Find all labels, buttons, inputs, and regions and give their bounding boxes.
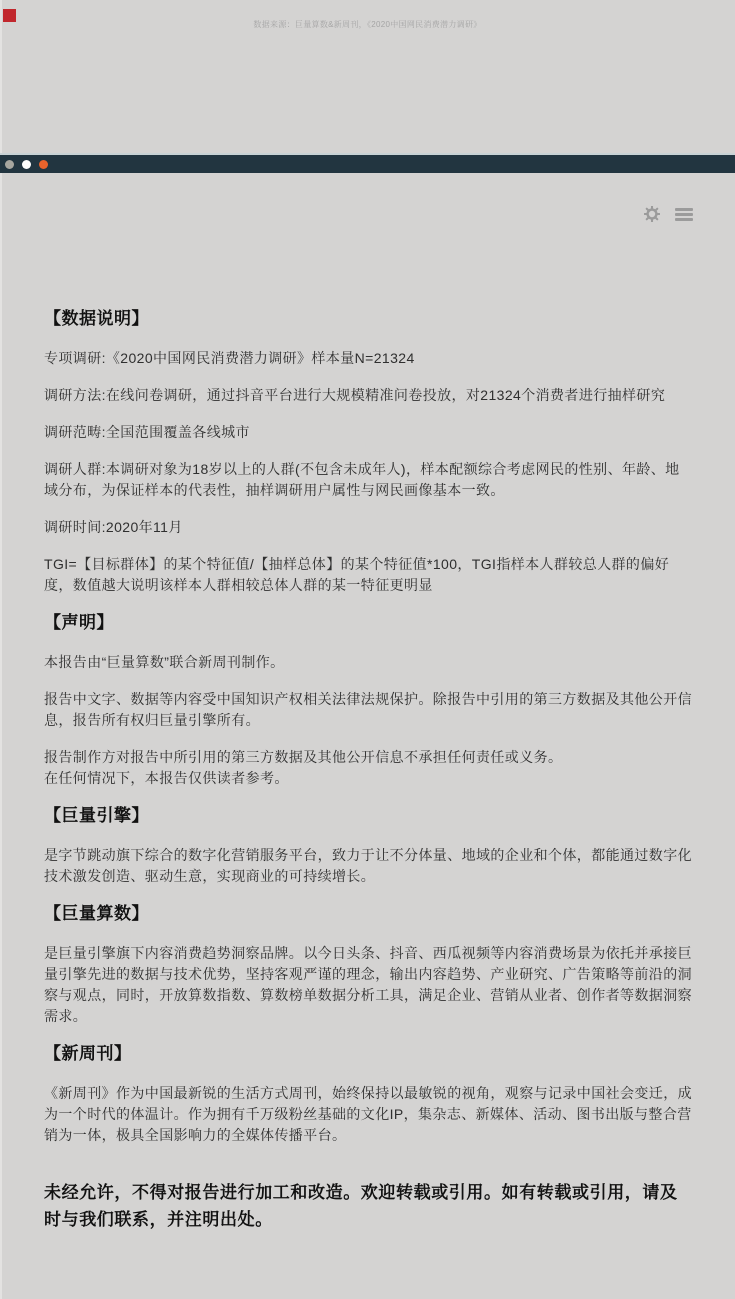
top-margin-area: 数据来源：巨量算数&新周刊，《2020中国网民消费潜力调研》 xyxy=(0,0,735,153)
report-page: 数据来源：巨量算数&新周刊，《2020中国网民消费潜力调研》 xyxy=(0,0,735,1299)
paragraph: 是字节跳动旗下综合的数字化营销服务平台，致力于让不分体量、地域的企业和个体，都能… xyxy=(44,845,692,887)
gear-icon[interactable] xyxy=(644,206,660,222)
paragraph: 调研人群:本调研对象为18岁以上的人群(不包含未成年人)，样本配额综合考虑网民的… xyxy=(44,459,692,501)
section-title: 【巨量算数】 xyxy=(44,903,692,925)
section-title: 【新周刊】 xyxy=(44,1043,692,1065)
paragraph: 本报告由“巨量算数”联合新周刊制作。 xyxy=(44,652,692,673)
paragraph: 调研方法:在线问卷调研，通过抖音平台进行大规模精准问卷投放，对21324个消费者… xyxy=(44,385,692,406)
paragraph: 报告制作方对报告中所引用的第三方数据及其他公开信息不承担任何责任或义务。 在任何… xyxy=(44,747,692,789)
data-source-note: 数据来源：巨量算数&新周刊，《2020中国网民消费潜力调研》 xyxy=(0,0,735,30)
menu-icon[interactable] xyxy=(675,208,693,221)
section-title: 【声明】 xyxy=(44,612,692,634)
paragraph: 是巨量引擎旗下内容消费趋势洞察品牌。以今日头条、抖音、西瓜视频等内容消费场景为依… xyxy=(44,943,692,1027)
section-statement: 【声明】 本报告由“巨量算数”联合新周刊制作。 报告中文字、数据等内容受中国知识… xyxy=(44,612,692,789)
paragraph: 专项调研:《2020中国网民消费潜力调研》样本量N=21324 xyxy=(44,348,692,369)
footer-notice: 未经允许，不得对报告进行加工和改造。欢迎转载或引用。如有转载或引用，请及时与我们… xyxy=(44,1179,692,1233)
section-title: 【数据说明】 xyxy=(44,308,692,330)
paragraph: 调研时间:2020年11月 xyxy=(44,517,692,538)
report-content: 【数据说明】 专项调研:《2020中国网民消费潜力调研》样本量N=21324 调… xyxy=(0,173,735,1233)
window-dot-orange[interactable] xyxy=(39,160,48,169)
window-dot-gray[interactable] xyxy=(5,160,14,169)
paragraph: 报告中文字、数据等内容受中国知识产权相关法律法规保护。除报告中引用的第三方数据及… xyxy=(44,689,692,731)
paragraph: 调研范畴:全国范围覆盖各线城市 xyxy=(44,422,692,443)
section-ocean-engine: 【巨量引擎】 是字节跳动旗下综合的数字化营销服务平台，致力于让不分体量、地域的企… xyxy=(44,805,692,887)
section-neweekly: 【新周刊】 《新周刊》作为中国最新锐的生活方式周刊，始终保持以最敏锐的视角，观察… xyxy=(44,1043,692,1146)
section-juliang-suanshu: 【巨量算数】 是巨量引擎旗下内容消费趋势洞察品牌。以今日头条、抖音、西瓜视频等内… xyxy=(44,903,692,1027)
window-dot-white[interactable] xyxy=(22,160,31,169)
paragraph: 《新周刊》作为中国最新锐的生活方式周刊，始终保持以最敏锐的视角，观察与记录中国社… xyxy=(44,1083,692,1146)
red-marker xyxy=(3,9,16,22)
window-title-bar xyxy=(0,153,735,173)
menu-bar xyxy=(675,208,693,211)
toolbar xyxy=(644,206,693,222)
section-title: 【巨量引擎】 xyxy=(44,805,692,827)
paragraph: TGI=【目标群体】的某个特征值/【抽样总体】的某个特征值*100，TGI指样本… xyxy=(44,554,692,596)
menu-bar xyxy=(675,218,693,221)
section-data-description: 【数据说明】 专项调研:《2020中国网民消费潜力调研》样本量N=21324 调… xyxy=(44,308,692,596)
menu-bar xyxy=(675,213,693,216)
